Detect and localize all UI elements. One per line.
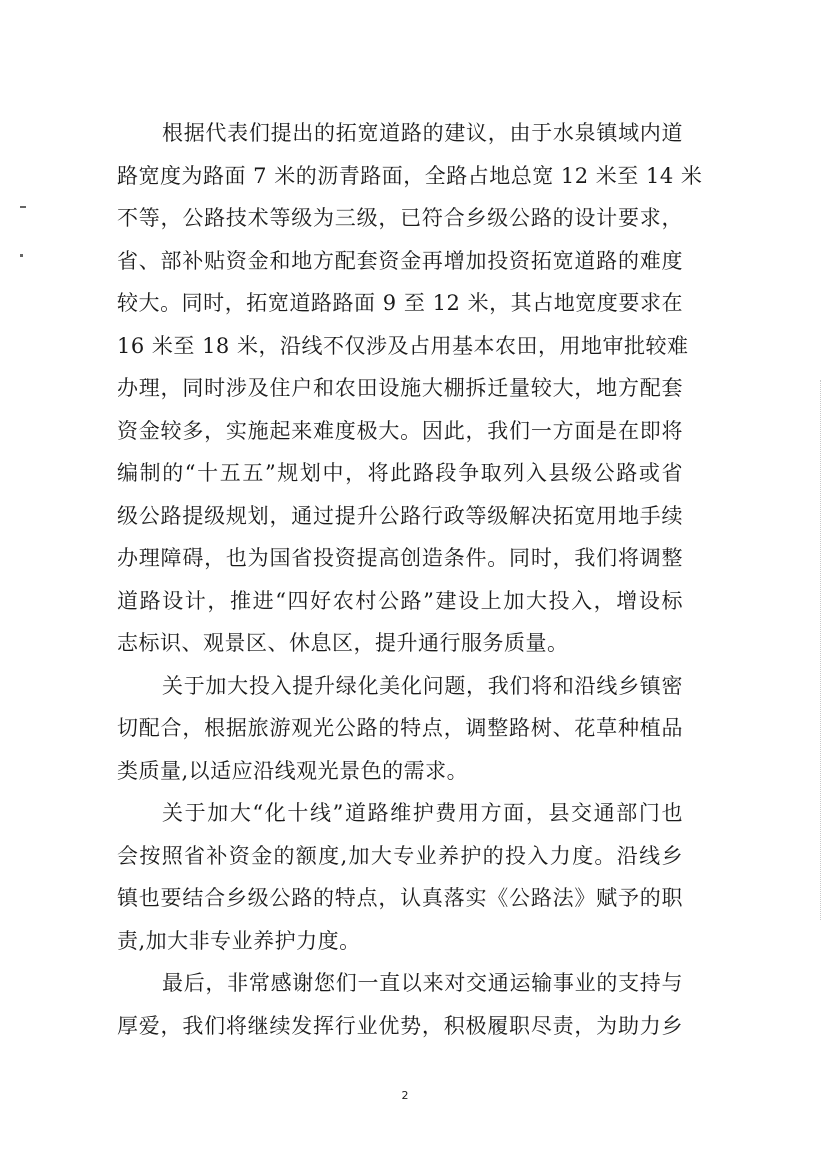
scan-edge-line xyxy=(820,380,821,920)
paragraph-road-widening: 根据代表们提出的拓宽道路的建议，由于水泉镇域内道 路宽度为路面 7 米的沥青路面… xyxy=(117,116,683,669)
text-line: 办理，同时涉及住户和农田设施大棚拆迁量较大，地方配套 xyxy=(117,371,683,414)
text-line: 办理障碍，也为国省投资提高创造条件。同时，我们将调整 xyxy=(117,541,683,584)
text-line: 会按照省补资金的额度,加大专业养护的投入力度。沿线乡 xyxy=(117,839,683,882)
text-line: 编制的“十五五”规划中，将此路段争取列入县级公路或省 xyxy=(117,456,683,499)
paragraph-closing: 最后，非常感谢您们一直以来对交通运输事业的支持与 厚爱，我们将继续发挥行业优势，… xyxy=(117,966,683,1051)
text-line: 16 米至 18 米，沿线不仅涉及占用基本农田，用地审批较难 xyxy=(117,329,683,372)
text-line: 责,加大非专业养护力度。 xyxy=(117,924,683,967)
text-line: 资金较多，实施起来难度极大。因此，我们一方面是在即将 xyxy=(117,414,683,457)
text-line: 较大。同时，拓宽道路路面 9 至 12 米，其占地宽度要求在 xyxy=(117,286,683,329)
text-line: 省、部补贴资金和地方配套资金再增加投资拓宽道路的难度 xyxy=(117,244,683,287)
paragraph-greening: 关于加大投入提升绿化美化问题，我们将和沿线乡镇密 切配合，根据旅游观光公路的特点… xyxy=(117,669,683,797)
text-line: 厚爱，我们将继续发挥行业优势，积极履职尽责，为助力乡 xyxy=(117,1009,683,1052)
text-line: 根据代表们提出的拓宽道路的建议，由于水泉镇域内道 xyxy=(117,116,683,159)
text-line: 不等，公路技术等级为三级，已符合乡级公路的设计要求， xyxy=(117,201,683,244)
text-line: 切配合，根据旅游观光公路的特点，调整路树、花草种植品 xyxy=(117,711,683,754)
document-body: 根据代表们提出的拓宽道路的建议，由于水泉镇域内道 路宽度为路面 7 米的沥青路面… xyxy=(117,116,683,1051)
scan-margin-mark xyxy=(20,206,26,208)
text-line: 关于加大“化十线”道路维护费用方面，县交通部门也 xyxy=(117,796,683,839)
text-line: 路宽度为路面 7 米的沥青路面，全路占地总宽 12 米至 14 米 xyxy=(117,159,683,202)
document-page: 根据代表们提出的拓宽道路的建议，由于水泉镇域内道 路宽度为路面 7 米的沥青路面… xyxy=(0,0,827,1169)
text-line: 级公路提级规划，通过提升公路行政等级解决拓宽用地手续 xyxy=(117,499,683,542)
text-line: 镇也要结合乡级公路的特点，认真落实《公路法》赋予的职 xyxy=(117,881,683,924)
scan-margin-mark xyxy=(20,254,23,257)
page-number: 2 xyxy=(395,1089,415,1102)
text-line: 类质量,以适应沿线观光景色的需求。 xyxy=(117,754,683,797)
text-line: 道路设计，推进“四好农村公路”建设上加大投入，增设标 xyxy=(117,584,683,627)
text-line: 志标识、观景区、休息区，提升通行服务质量。 xyxy=(117,626,683,669)
text-line: 关于加大投入提升绿化美化问题，我们将和沿线乡镇密 xyxy=(117,669,683,712)
paragraph-maintenance: 关于加大“化十线”道路维护费用方面，县交通部门也 会按照省补资金的额度,加大专业… xyxy=(117,796,683,966)
text-line: 最后，非常感谢您们一直以来对交通运输事业的支持与 xyxy=(117,966,683,1009)
